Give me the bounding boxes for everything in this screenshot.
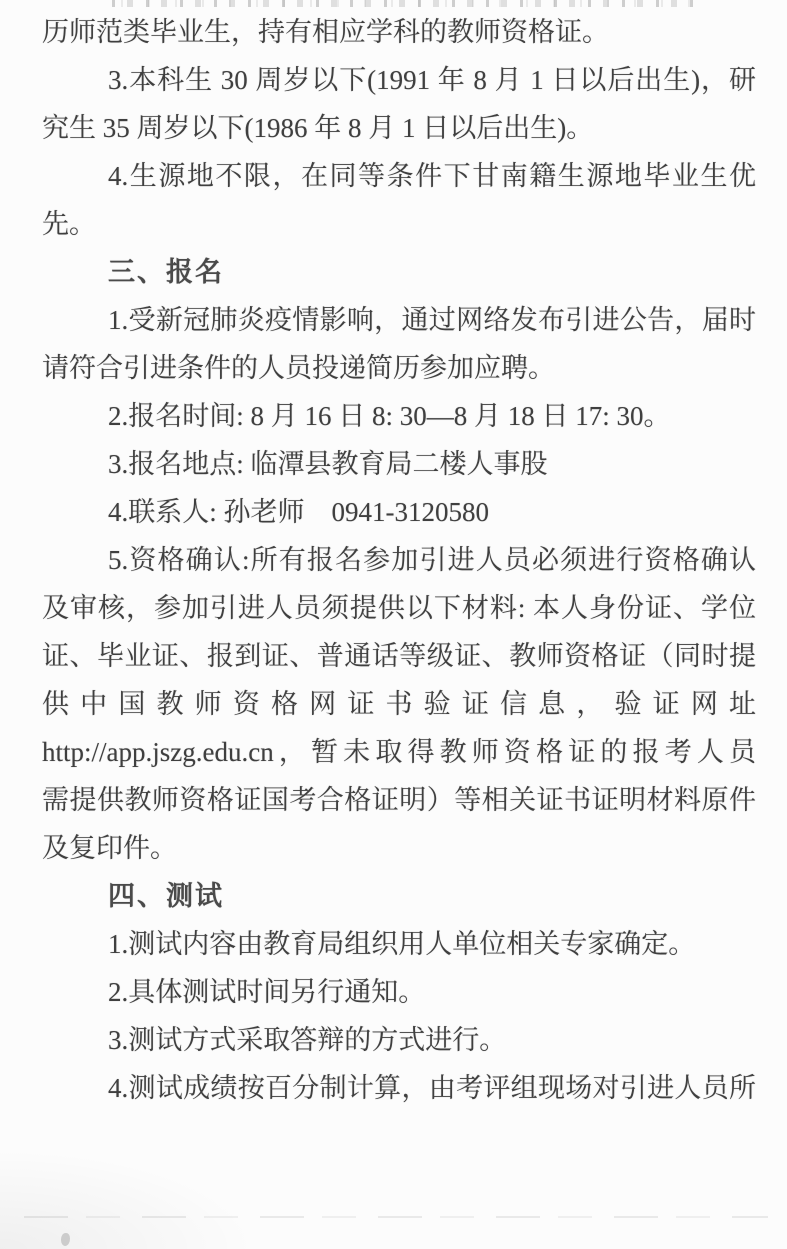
document-body: 历师范类毕业生，持有相应学科的教师资格证。 3.本科生 30 周岁以下(1991… xyxy=(42,8,756,1112)
section-heading-registration: 三、报名 xyxy=(42,248,756,296)
text-line: 及复印件。 xyxy=(42,824,756,872)
text-line-registration-time: 2.报名时间: 8 月 16 日 8: 30—8 月 18 日 17: 30。 xyxy=(42,392,756,440)
text-line: 4.生源地不限，在同等条件下甘南籍生源地毕业生优 xyxy=(42,152,756,200)
text-line: 历师范类毕业生，持有相应学科的教师资格证。 xyxy=(42,8,756,56)
text-line: 1.受新冠肺炎疫情影响，通过网络发布引进公告，届时 xyxy=(42,296,756,344)
text-line-contact: 4.联系人: 孙老师 0941-3120580 xyxy=(42,488,756,536)
text-line: 先。 xyxy=(42,200,756,248)
section-heading-test: 四、测试 xyxy=(42,872,756,920)
text-line: 4.测试成绩按百分制计算，由考评组现场对引进人员所 xyxy=(42,1064,756,1112)
text-line: 供中国教师资格网证书验证信息，验证网址 xyxy=(42,680,756,728)
page-corner-shadow xyxy=(0,1140,280,1249)
text-line: 3.测试方式采取答辩的方式进行。 xyxy=(42,1016,756,1064)
text-line: 证、毕业证、报到证、普通话等级证、教师资格证（同时提 xyxy=(42,632,756,680)
text-line: 3.本科生 30 周岁以下(1991 年 8 月 1 日以后出生)，研 xyxy=(42,56,756,104)
text-line: 需提供教师资格证国考合格证明）等相关证书证明材料原件 xyxy=(42,776,756,824)
clipped-previous-line-fragments xyxy=(112,0,704,7)
scanned-document-page: 历师范类毕业生，持有相应学科的教师资格证。 3.本科生 30 周岁以下(1991… xyxy=(0,0,787,1249)
text-line-verification-url: http://app.jszg.edu.cn，暂未取得教师资格证的报考人员 xyxy=(42,728,756,776)
text-line: 1.测试内容由教育局组织用人单位相关专家确定。 xyxy=(42,920,756,968)
text-line-registration-location: 3.报名地点: 临潭县教育局二楼人事股 xyxy=(42,440,756,488)
text-line: 请符合引进条件的人员投递简历参加应聘。 xyxy=(42,344,756,392)
text-line: 2.具体测试时间另行通知。 xyxy=(42,968,756,1016)
text-line: 及审核，参加引进人员须提供以下材料: 本人身份证、学位 xyxy=(42,584,756,632)
text-line: 5.资格确认:所有报名参加引进人员必须进行资格确认 xyxy=(42,536,756,584)
text-line: 究生 35 周岁以下(1986 年 8 月 1 日以后出生)。 xyxy=(42,104,756,152)
